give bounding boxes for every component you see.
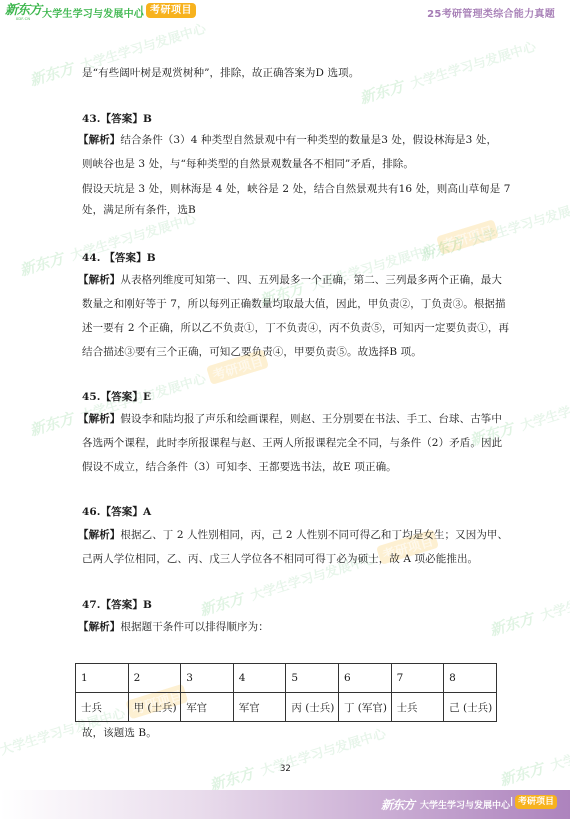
watermark: 新东方大学生学习与发展中心 bbox=[497, 717, 570, 791]
logo-text: 新东方 bbox=[5, 4, 41, 17]
q47-answer: 47.【答案】B bbox=[82, 598, 152, 612]
footer-logo: 新东方 bbox=[381, 796, 414, 813]
watermark: 新东方大学生学习与发展中心 bbox=[357, 35, 538, 109]
table-cell: 甲 (士兵) bbox=[128, 693, 181, 722]
table-cell: 军官 bbox=[181, 693, 234, 722]
carryover-text: 是“有些阔叶树是观赏树种”，排除，故正确答案为D 选项。 bbox=[82, 66, 359, 80]
q45-analysis-line: 【解析】假设李和陆均报了声乐和绘画课程，则赵、王分别要在书法、手工、台球、古筝中 bbox=[78, 412, 502, 426]
q44-analysis-line: 述一要有 2 个正确，所以乙不负责①，丁不负责④，丙不负责⑤，可知丙一定要负责①… bbox=[82, 321, 509, 335]
table-cell: 5 bbox=[286, 664, 339, 693]
table-row: 1 2 3 4 5 6 7 8 bbox=[76, 664, 497, 693]
analysis-label: 【解析】 bbox=[78, 274, 120, 286]
table-cell: 士兵 bbox=[76, 693, 129, 722]
q45-analysis-line: 各选两个课程，此时李所报课程与赵、王两人所报课程完全不同，与条件（2）矛盾。因此 bbox=[82, 436, 502, 450]
q43-analysis-line: 假设天坑是 3 处，则林海是 4 处，峡谷是 2 处，结合自然景观共有16 处，… bbox=[82, 182, 511, 196]
page-header: 新东方 XDF.CN 大学生学习与发展中心 | 考研项目 25考研管理类综合能力… bbox=[0, 0, 570, 26]
table-cell: 4 bbox=[233, 664, 286, 693]
table-cell: 2 bbox=[128, 664, 181, 693]
q43-analysis-line: 处，满足所有条件，选B bbox=[82, 203, 196, 217]
q46-answer: 46.【答案】A bbox=[82, 505, 151, 519]
brand-separator: | bbox=[140, 5, 144, 16]
table-cell: 己 (士兵) bbox=[444, 693, 497, 722]
q46-analysis-line: 己两人学位相同，乙、丙、戊三人学位各不相同可得丁必为硕士，故 A 项必能推出。 bbox=[82, 552, 478, 566]
logo-subtext: XDF.CN bbox=[16, 17, 31, 21]
project-badge: 考研项目 bbox=[146, 3, 196, 18]
xdf-logo: 新东方 XDF.CN bbox=[5, 4, 41, 21]
q43-answer: 43.【答案】B bbox=[82, 112, 152, 126]
table-cell: 士兵 bbox=[391, 693, 444, 722]
watermark: 新东方大学生学习与发展中心 bbox=[207, 722, 388, 796]
watermark: 新东方大学生学习与发展中心 bbox=[17, 207, 198, 281]
q43-analysis-line: 【解析】结合条件（3）4 种类型自然景观中有一种类型的数量是3 处，假设林海是3… bbox=[78, 133, 497, 147]
footer-brand: 大学生学习与发展中心 bbox=[420, 798, 510, 811]
q43-analysis-line: 则峡谷也是 3 处，与“每种类型的自然景观数量各不相同”矛盾，排除。 bbox=[82, 157, 414, 171]
analysis-label: 【解析】 bbox=[78, 621, 120, 633]
table-cell: 3 bbox=[181, 664, 234, 693]
q45-analysis-line: 假设不成立，结合条件（3）可知李、王都要选书法，故E 项正确。 bbox=[82, 460, 397, 474]
q44-answer: 44. 【答案】B bbox=[82, 251, 156, 265]
table-cell: 8 bbox=[444, 664, 497, 693]
q46-analysis-line: 【解析】根据乙、丁 2 人性别相同，丙，己 2 人性别不同可得乙和丁均是女生；又… bbox=[78, 528, 508, 542]
analysis-label: 【解析】 bbox=[78, 413, 120, 425]
order-table: 1 2 3 4 5 6 7 8 士兵 甲 (士兵) 军官 军官 丙 (士兵) 丁… bbox=[75, 663, 497, 722]
watermark: 新东方大学生学习与发展中心 bbox=[417, 192, 570, 266]
table-cell: 1 bbox=[76, 664, 129, 693]
table-cell: 7 bbox=[391, 664, 444, 693]
brand-name: 大学生学习与发展中心 bbox=[42, 5, 144, 20]
q44-analysis-line: 结合描述③要有三个正确，可知乙要负责④，甲要负责⑤。故选择B 项。 bbox=[82, 345, 422, 359]
page-number: 32 bbox=[280, 764, 291, 774]
page-footer: 新东方 大学生学习与发展中心 | 考研项目 bbox=[0, 790, 570, 819]
table-cell: 丙 (士兵) bbox=[286, 693, 339, 722]
table-cell: 军官 bbox=[233, 693, 286, 722]
watermark: 新东方大学生学习与发展中心考研项目 bbox=[197, 528, 439, 620]
analysis-label: 【解析】 bbox=[78, 134, 120, 146]
footer-separator: | bbox=[510, 797, 513, 807]
q47-conclusion: 故，该题选 B。 bbox=[82, 726, 157, 740]
watermark: 新东方大学生学习与发展中心 bbox=[487, 567, 570, 641]
document-title: 25考研管理类综合能力真题 bbox=[427, 5, 555, 20]
q47-analysis-line: 【解析】根据题干条件可以排得顺序为： bbox=[78, 620, 269, 634]
table-cell: 丁 (军官) bbox=[338, 693, 391, 722]
table-cell: 6 bbox=[338, 664, 391, 693]
footer-badge: 考研项目 bbox=[515, 795, 557, 809]
analysis-label: 【解析】 bbox=[78, 529, 120, 541]
q44-analysis-line: 数量之和刚好等于 7，所以每列正确数量均取最大值，因此，甲负责②，丁负责③。根据… bbox=[82, 297, 506, 311]
q45-answer: 45.【答案】E bbox=[82, 390, 151, 404]
q44-analysis-line: 【解析】从表格列维度可知第一、四、五列最多一个正确，第二、三列最多两个正确，最大 bbox=[78, 273, 502, 287]
table-row: 士兵 甲 (士兵) 军官 军官 丙 (士兵) 丁 (军官) 士兵 己 (士兵) bbox=[76, 693, 497, 722]
